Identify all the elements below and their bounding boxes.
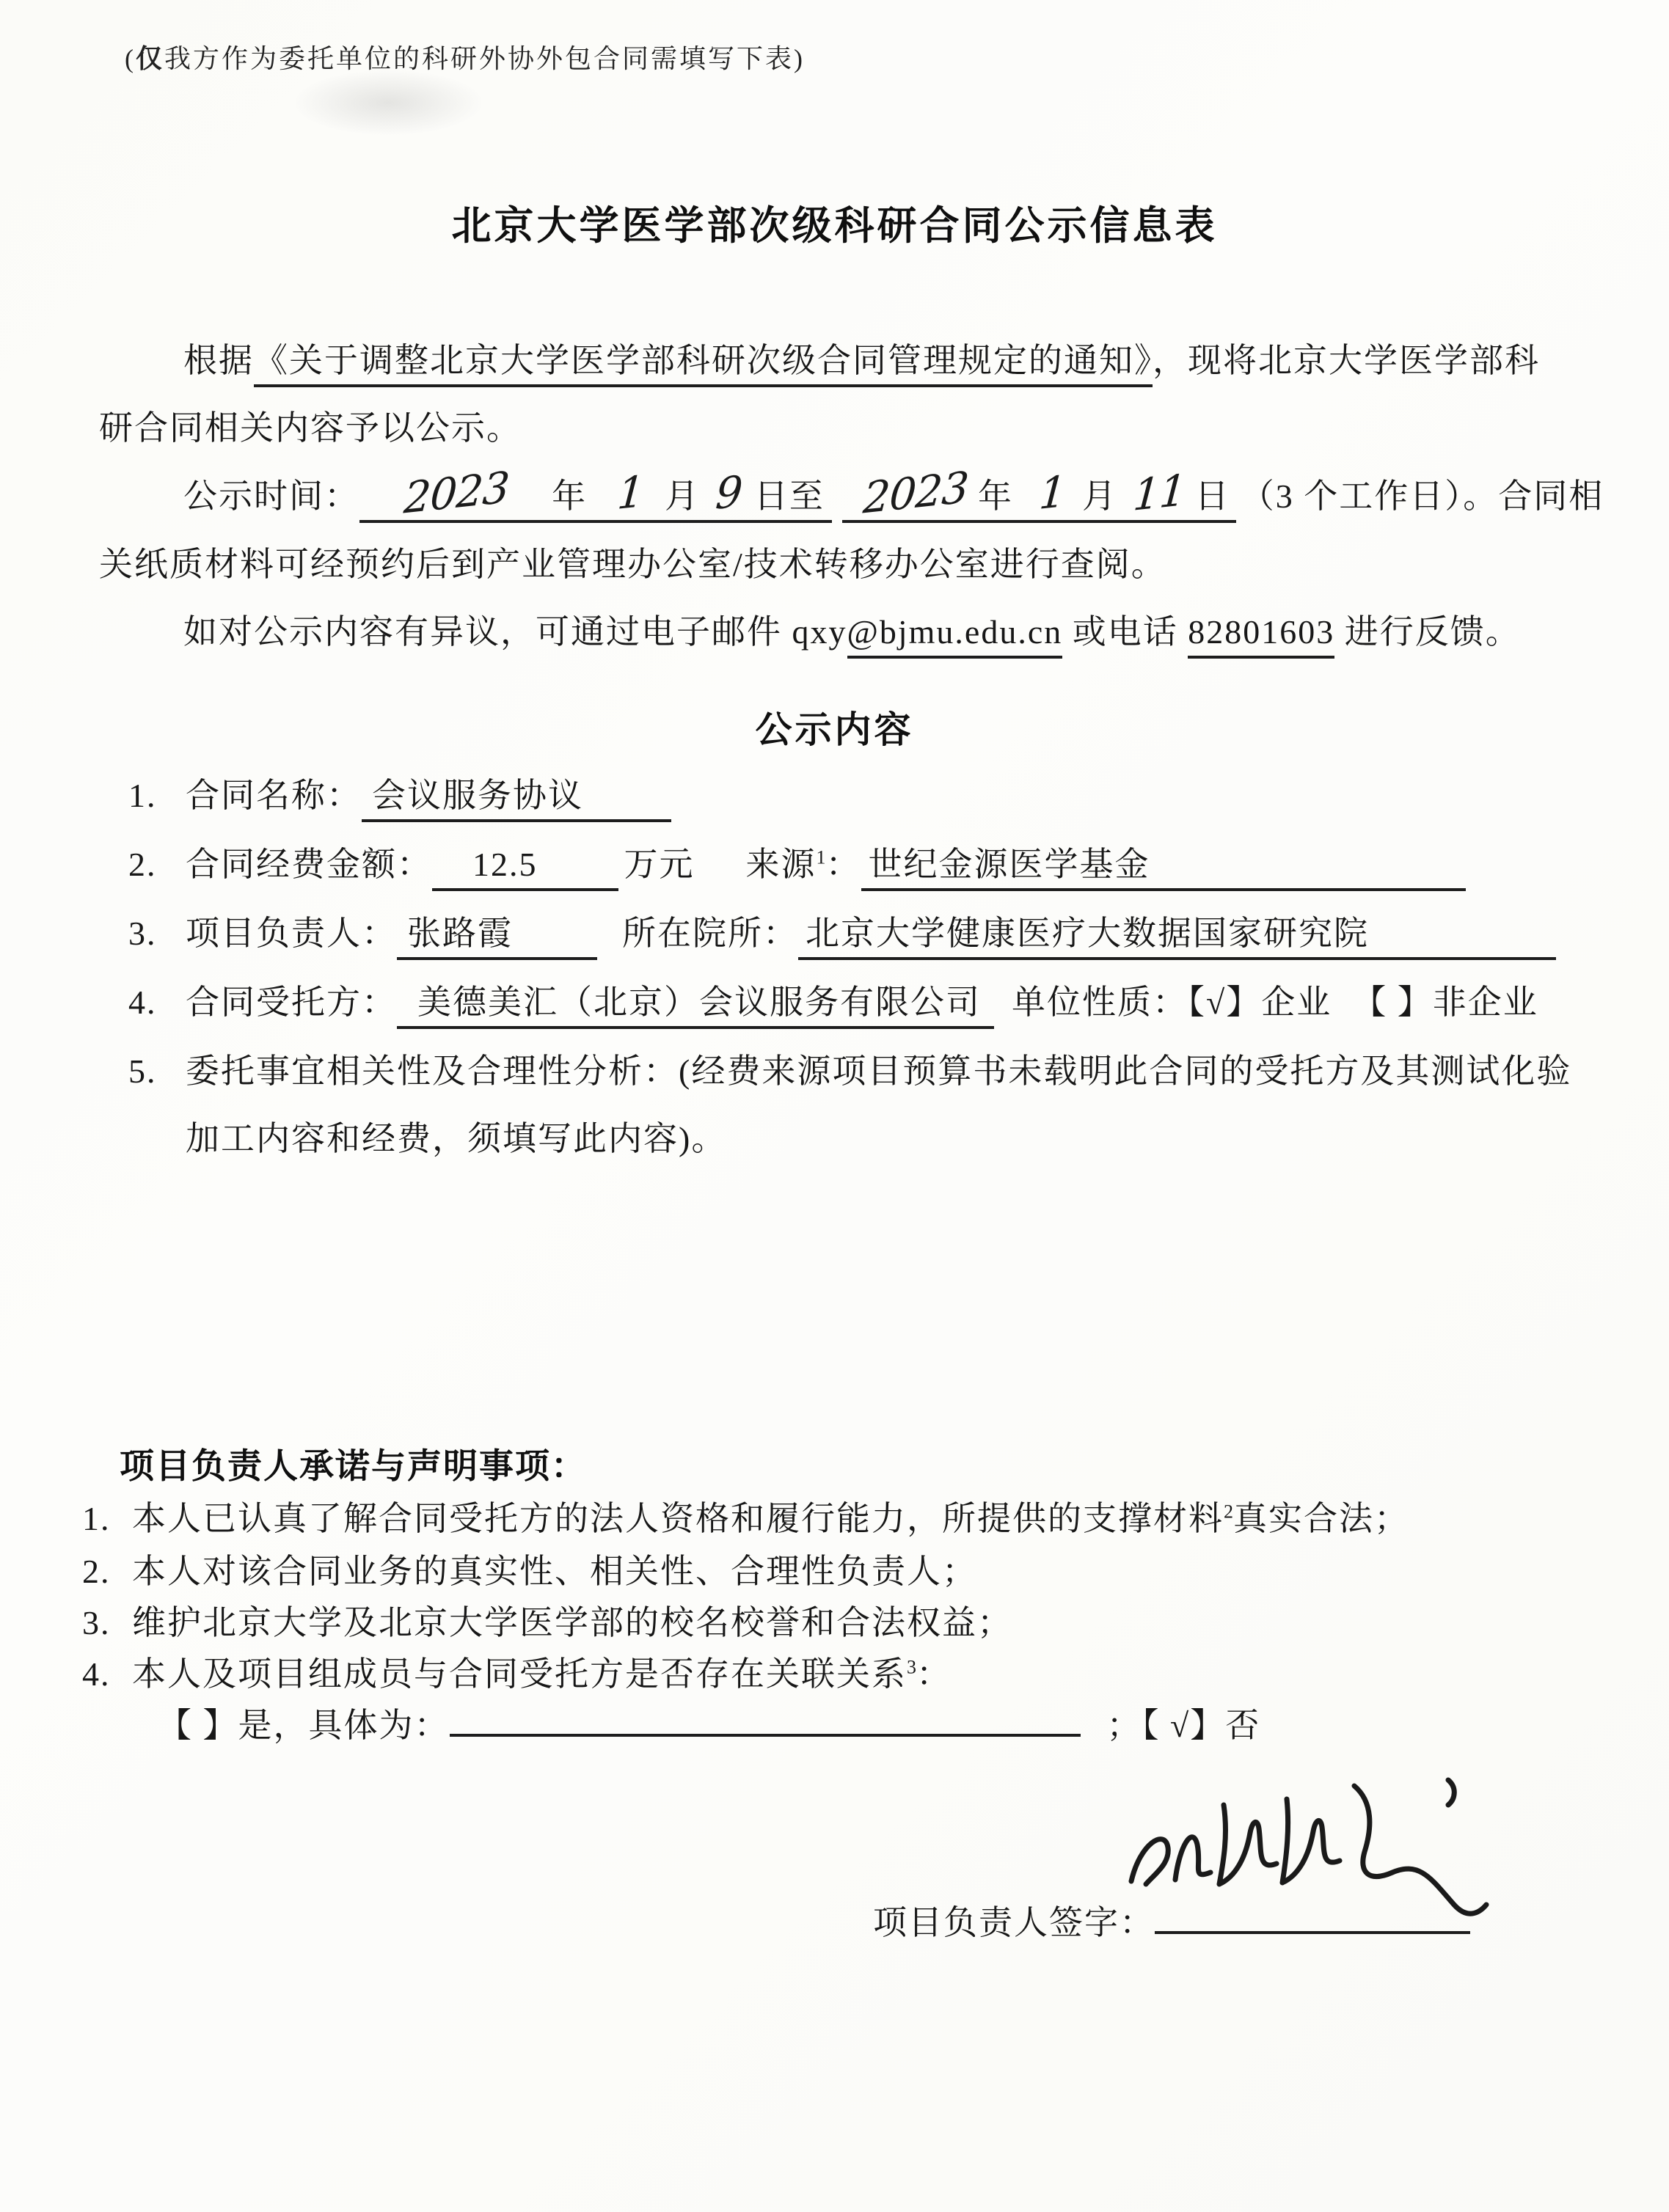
referenced-document-title: 《关于调整北京大学医学部科研次级合同管理规定的通知》: [254, 342, 1153, 387]
handwritten-day-1: 9: [715, 477, 743, 509]
page-title: 北京大学医学部次级科研合同公示信息表: [0, 194, 1669, 251]
item1-label: 合同名称：: [186, 777, 362, 814]
item5-line2: 加工内容和经费，须填写此内容)。: [186, 1120, 726, 1157]
top-note-bold-char: 仅: [136, 44, 164, 73]
publicity-time-tail: （3 个工作日）。合同相: [1241, 477, 1604, 515]
handwritten-month-2: 1: [1038, 477, 1067, 509]
list-item-contract-amount: 2.合同经费金额：12.5万元来源1：世纪金源医学基金: [128, 838, 1466, 886]
relation-checkbox-line: 【 】是，具体为：；【 √】否: [158, 1699, 1260, 1747]
dept-value: 北京大学健康医疗大数据国家研究院: [798, 915, 1556, 960]
content-section-heading-text: 公示内容: [756, 709, 914, 750]
item3-label: 项目负责人：: [186, 915, 397, 952]
yes-label: 是，具体为：: [238, 1707, 450, 1744]
contractor-value: 美德美汇（北京）会议服务有限公司: [397, 984, 994, 1029]
relation-detail-blank: [450, 1700, 1081, 1737]
top-note-rest: 我方作为委托单位的科研外协外包合同需填写下表): [164, 44, 805, 73]
handwritten-year-2: 2023: [863, 472, 970, 513]
list-item-relevance-analysis-1: 5.委托事宜相关性及合理性分析：(经费来源项目预算书未载明此合同的受托方及其测试…: [128, 1044, 1571, 1093]
item2-label: 合同经费金额：: [186, 846, 432, 883]
decl3-number: 3.: [82, 1603, 132, 1642]
dept-label: 所在院所：: [622, 915, 798, 952]
amount-unit: 万元: [624, 846, 695, 883]
no-label: 否: [1225, 1707, 1260, 1744]
non-enterprise-label: 非企业: [1433, 984, 1538, 1021]
decl4-pre: 本人及项目组成员与合同受托方是否存在关联关系: [132, 1655, 907, 1693]
intro-pre: 根据: [183, 342, 254, 379]
handwritten-month-1: 1: [616, 477, 645, 509]
day-char-2-text: 日: [1195, 477, 1230, 515]
phone-number: 82801603: [1188, 613, 1334, 659]
relation-footnote-superscript: 3: [907, 1657, 916, 1678]
item3-number: 3.: [128, 914, 186, 953]
source-label: 来源: [746, 846, 817, 883]
decl3-text: 维护北京大学及北京大学医学部的校名校誉和合法权益；: [132, 1604, 1012, 1641]
list-item-contract-name: 1.合同名称：会议服务协议: [128, 769, 671, 817]
relation-separator: ；: [1107, 1707, 1142, 1744]
declaration-item-4: 4.本人及项目组成员与合同受托方是否存在关联关系3：: [82, 1647, 952, 1696]
top-note: (仅我方作为委托单位的科研外协外包合同需填写下表): [125, 38, 805, 76]
content-section-heading: 公示内容: [0, 700, 1669, 753]
email-user: qxy: [792, 613, 847, 651]
publicity-time-line: 公示时间： 2023年1月9日至 2023年1月11日（3 个工作日）。合同相: [183, 469, 1604, 518]
declaration-item-3: 3.维护北京大学及北京大学医学部的校名校誉和合法权益；: [82, 1596, 1012, 1644]
non-enterprise-checkbox: 【 】: [1352, 984, 1433, 1021]
list-item-principal-investigator: 3.项目负责人：张路霞所在院所：北京大学健康医疗大数据国家研究院: [128, 907, 1556, 955]
handwritten-year-1: 2023: [403, 472, 510, 513]
yes-checkbox: 【 】: [158, 1707, 238, 1744]
contract-name-value: 会议服务协议: [362, 777, 671, 822]
top-note-open: (: [125, 44, 136, 73]
decl4-number: 4.: [82, 1655, 132, 1693]
decl1-pre: 本人已认真了解合同受托方的法人资格和履行能力，所提供的支撑材料: [132, 1500, 1224, 1537]
item5-number: 5.: [128, 1052, 186, 1091]
feedback-post: 进行反馈。: [1334, 613, 1521, 651]
item5-line1: 委托事宜相关性及合理性分析：(经费来源项目预算书未载明此合同的受托方及其测试化验: [186, 1052, 1571, 1090]
handwritten-day-2: 11: [1132, 475, 1186, 510]
item4-number: 4.: [128, 983, 186, 1022]
scan-smudge: [293, 70, 484, 136]
decl4-post: ：: [916, 1655, 952, 1693]
list-item-relevance-analysis-2: 加工内容和经费，须填写此内容)。: [186, 1112, 726, 1160]
page-title-text: 北京大学医学部次级科研合同公示信息表: [452, 204, 1218, 248]
no-checkbox-checked: 【 √】: [1142, 1707, 1226, 1744]
decl1-post: 真实合法；: [1233, 1500, 1409, 1537]
decl2-text: 本人对该合同业务的真实性、相关性、合理性负责人；: [132, 1553, 977, 1590]
decl1-number: 1.: [82, 1499, 132, 1538]
source-footnote-superscript: 1: [817, 847, 826, 868]
month-char-2: 月: [1082, 477, 1117, 515]
intro-line2-text: 研合同相关内容予以公示。: [99, 409, 522, 447]
nature-label: 单位性质：: [1012, 984, 1188, 1021]
source-colon: ：: [826, 846, 861, 883]
date-blank-1: 2023年1月9日至: [359, 477, 832, 523]
intro-line-1: 根据《关于调整北京大学医学部科研次级合同管理规定的通知》，现将北京大学医学部科: [183, 334, 1540, 382]
enterprise-checkbox-checked: 【√】: [1188, 984, 1261, 1021]
publicity-time-line2-text: 关纸质材料可经预约后到产业管理办公室/技术转移办公室进行查阅。: [99, 546, 1166, 583]
declaration-item-1: 1.本人已认真了解合同受托方的法人资格和履行能力，所提供的支撑材料2真实合法；: [82, 1492, 1409, 1540]
year-char-1: 年: [552, 477, 587, 515]
month-char-1: 月: [665, 477, 700, 515]
declaration-item-2: 2.本人对该合同业务的真实性、相关性、合理性负责人；: [82, 1545, 977, 1593]
date-blank-2: 2023年1月11日: [842, 477, 1236, 523]
feedback-mid: 或电话: [1062, 613, 1188, 651]
publicity-time-label: 公示时间：: [183, 477, 359, 515]
feedback-line: 如对公示内容有异议，可通过电子邮件 qxy@bjmu.edu.cn 或电话 82…: [183, 605, 1521, 653]
enterprise-label: 企业: [1261, 984, 1332, 1021]
item4-label: 合同受托方：: [186, 984, 397, 1021]
materials-footnote-superscript: 2: [1224, 1501, 1233, 1523]
intro-post: ，现将北京大学医学部科: [1153, 342, 1540, 379]
declaration-heading: 项目负责人承诺与声明事项：: [120, 1439, 587, 1488]
source-value: 世纪金源医学基金: [861, 846, 1466, 891]
declaration-heading-text: 项目负责人承诺与声明事项：: [120, 1448, 587, 1486]
item1-number: 1.: [128, 776, 186, 815]
amount-value: 12.5: [432, 846, 618, 891]
decl2-number: 2.: [82, 1552, 132, 1591]
list-item-contractor: 4.合同受托方：美德美汇（北京）会议服务有限公司单位性质：【√】企业【 】非企业: [128, 975, 1538, 1024]
email-domain: @bjmu.edu.cn: [847, 613, 1063, 659]
handwritten-signature: [1100, 1757, 1497, 1947]
item2-number: 2.: [128, 845, 186, 884]
year-char-2: 年: [978, 477, 1013, 515]
publicity-time-line-2: 关纸质材料可经预约后到产业管理办公室/技术转移办公室进行查阅。: [99, 538, 1166, 586]
feedback-pre: 如对公示内容有异议，可通过电子邮件: [183, 613, 792, 651]
intro-line-2: 研合同相关内容予以公示。: [99, 401, 522, 450]
day-char-1: 日至: [754, 477, 825, 515]
pi-name-value: 张路霞: [397, 915, 597, 960]
scanned-form-page: (仅我方作为委托单位的科研外协外包合同需填写下表) 北京大学医学部次级科研合同公…: [0, 0, 1669, 2212]
